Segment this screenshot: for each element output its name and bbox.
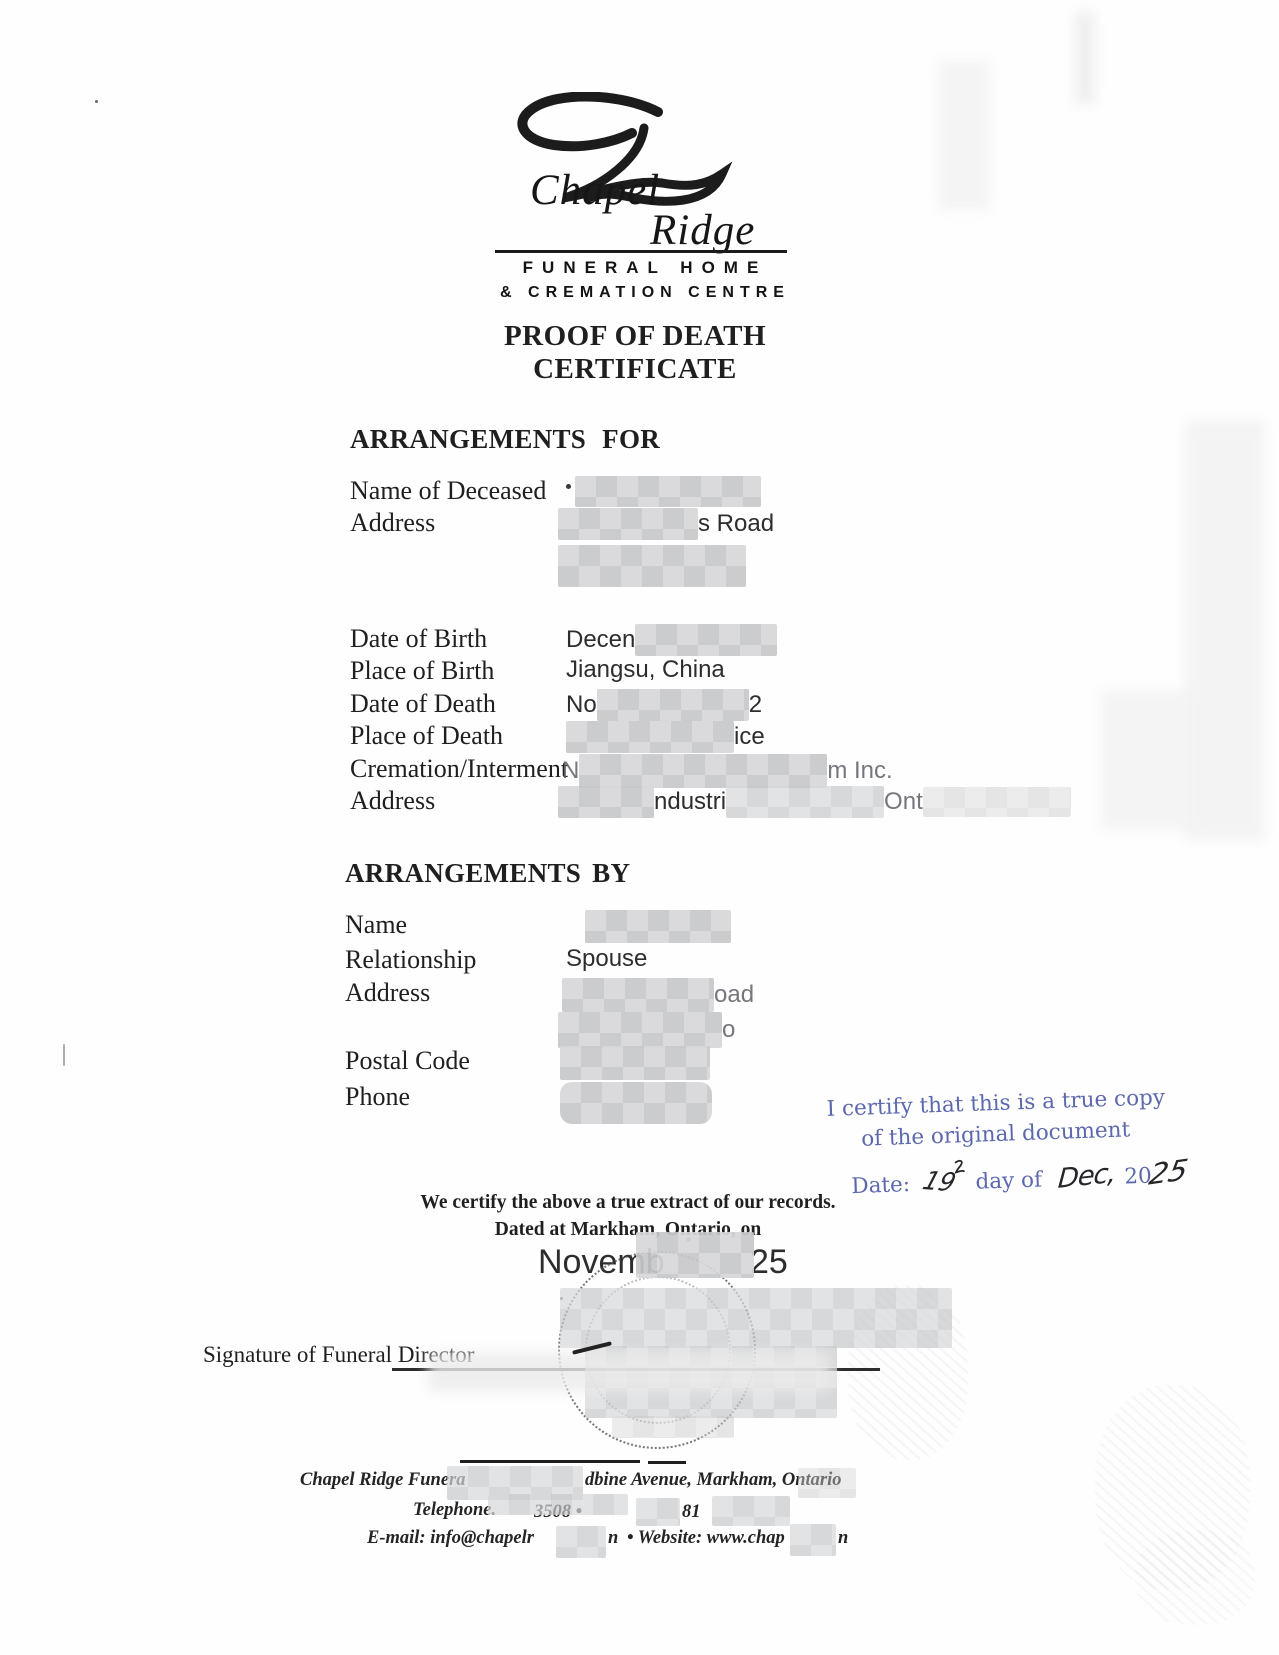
field-label: Place of Death: [350, 721, 503, 751]
stamp-date-label: Date:: [851, 1172, 911, 1199]
field-row-cremation-address: Address ndustri Ont: [0, 786, 1279, 820]
footer-telephone-label: Telephone.: [413, 1500, 496, 1521]
redaction-block: [579, 754, 827, 788]
logo-subtitle-2: & CREMATION CENTRE: [450, 284, 840, 302]
redaction-block: [560, 1082, 712, 1124]
certification-line-2: Dated at Markham, Ontario, on: [418, 1217, 838, 1244]
redaction-block: [612, 1416, 734, 1438]
field-label: Name: [345, 910, 407, 940]
field-label: Address: [350, 508, 435, 538]
redaction-block: [562, 978, 714, 1012]
field-value-fragment: Ont: [884, 788, 923, 816]
footer-divider: [648, 1461, 686, 1464]
footer-divider: [460, 1460, 640, 1463]
field-label: Date of Death: [350, 689, 496, 719]
redaction-block: [560, 1046, 710, 1080]
redaction-block: [798, 1468, 856, 1498]
section-heading-arrangements-for: ARRANGEMENTS FOR: [350, 424, 660, 455]
logo-name-line1: Chapel: [530, 166, 660, 215]
field-row-postal-code: Postal Code: [0, 1046, 1279, 1080]
handwritten-day: 19: [918, 1163, 960, 1202]
field-value-fragment: o: [722, 1016, 735, 1044]
redaction-block: [558, 1012, 722, 1048]
field-value-fragment: Decen: [566, 626, 635, 654]
redaction-block: [558, 508, 698, 540]
field-label: Date of Birth: [350, 624, 487, 654]
redaction-block: [790, 1524, 836, 1556]
section-heading-arrangements-by: ARRANGEMENTS BY: [345, 858, 630, 889]
stamp-day-of: day of: [975, 1168, 1042, 1195]
field-row-relationship: Relationship Spouse: [0, 945, 1279, 979]
field-value: Spouse: [566, 945, 647, 973]
handwritten-year: 25: [1145, 1149, 1191, 1196]
scanned-death-certificate: Chapel Ridge FUNERAL HOME & CREMATION CE…: [0, 0, 1279, 1655]
redaction-block: [712, 1496, 790, 1526]
redaction-block: [558, 545, 746, 587]
scan-smudge: [1075, 12, 1095, 104]
redaction-block: [566, 721, 734, 753]
field-value-fragment: ice: [734, 723, 765, 751]
scan-smudge: [938, 60, 990, 210]
footer-website-fragment: • Website: www.chap: [627, 1528, 785, 1549]
field-label: Phone: [345, 1082, 410, 1112]
handwritten-month: Dec,: [1057, 1154, 1117, 1199]
field-label: Address: [350, 786, 435, 816]
field-label: Cremation/Interment: [350, 754, 568, 784]
redaction-block: [556, 1526, 606, 1558]
true-copy-stamp: I certify that this is a true copy of th…: [826, 1082, 1166, 1205]
field-label: Name of Deceased: [350, 476, 546, 506]
field-label: Postal Code: [345, 1046, 470, 1076]
stamp-date-line: Date: 19 day of Dec, 2025: [828, 1146, 1165, 1205]
field-label: Place of Birth: [350, 656, 494, 686]
field-value: Jiangsu, China: [566, 656, 725, 684]
redaction-block: [488, 1494, 628, 1515]
field-row-date-of-birth: Date of Birth Decen: [0, 624, 1279, 658]
redaction-block: [558, 786, 654, 818]
redaction-block: [636, 1498, 680, 1526]
field-row-arranger-address: Address oad: [0, 978, 1279, 1012]
field-row-arranger-address-continued: o: [0, 1012, 1279, 1046]
redaction-block: [635, 624, 777, 656]
field-value-fragment: oad: [714, 981, 754, 1009]
logo-subtitle-1: FUNERAL HOME: [480, 258, 810, 278]
dated-on-year-fragment: 25: [750, 1243, 788, 1282]
certification-line-1: We certify the above a true extract of o…: [418, 1190, 838, 1217]
redaction-block: [560, 1288, 952, 1348]
certification-statement: We certify the above a true extract of o…: [418, 1190, 838, 1244]
field-value-fragment: ndustri: [654, 788, 726, 816]
field-row-deceased-address: Address s Road: [0, 508, 1279, 542]
field-row-name-of-deceased: Name of Deceased: [0, 476, 1279, 510]
redaction-block: [636, 1232, 754, 1278]
footer-email-fragment: E-mail: info@chapelr: [367, 1528, 534, 1549]
footer-email-end-fragment: n: [608, 1528, 618, 1549]
field-value-fragment: m Inc.: [827, 757, 892, 785]
redaction-block: [585, 910, 731, 943]
logo-name-line2: Ridge: [650, 206, 755, 255]
field-row-address-continued: [0, 541, 1279, 575]
page-title: PROOF OF DEATH CERTIFICATE: [405, 320, 865, 386]
field-row-arranger-name: Name: [0, 910, 1279, 944]
field-value-fragment: s Road: [698, 510, 774, 538]
ink-speck: [566, 484, 571, 489]
redaction-block: [726, 786, 884, 818]
logo-divider: [495, 250, 787, 253]
scan-smudge: [428, 1352, 830, 1392]
field-row-date-of-death: Date of Death No 2: [0, 689, 1279, 723]
field-label: Relationship: [345, 945, 476, 975]
field-label: Address: [345, 978, 430, 1008]
field-value-fragment: 2: [749, 691, 762, 719]
redaction-block: [597, 689, 749, 721]
footer-website-end-fragment: n: [838, 1528, 848, 1549]
redaction-block: [575, 476, 761, 507]
field-row-place-of-birth: Place of Birth Jiangsu, China: [0, 656, 1279, 690]
scan-speck: [95, 100, 98, 103]
field-row-cremation-interment: Cremation/Interment N m Inc.: [0, 754, 1279, 788]
scan-texture: [1135, 1530, 1255, 1625]
field-value-fragment: No: [566, 691, 597, 719]
field-row-place-of-death: Place of Death ice: [0, 721, 1279, 755]
footer-telephone-fragment-2: 81: [682, 1502, 701, 1523]
footer-business-name-fragment: Chapel Ridge Funera: [300, 1470, 466, 1491]
redaction-block: [923, 787, 1071, 817]
field-value-fragment: N: [562, 757, 579, 785]
